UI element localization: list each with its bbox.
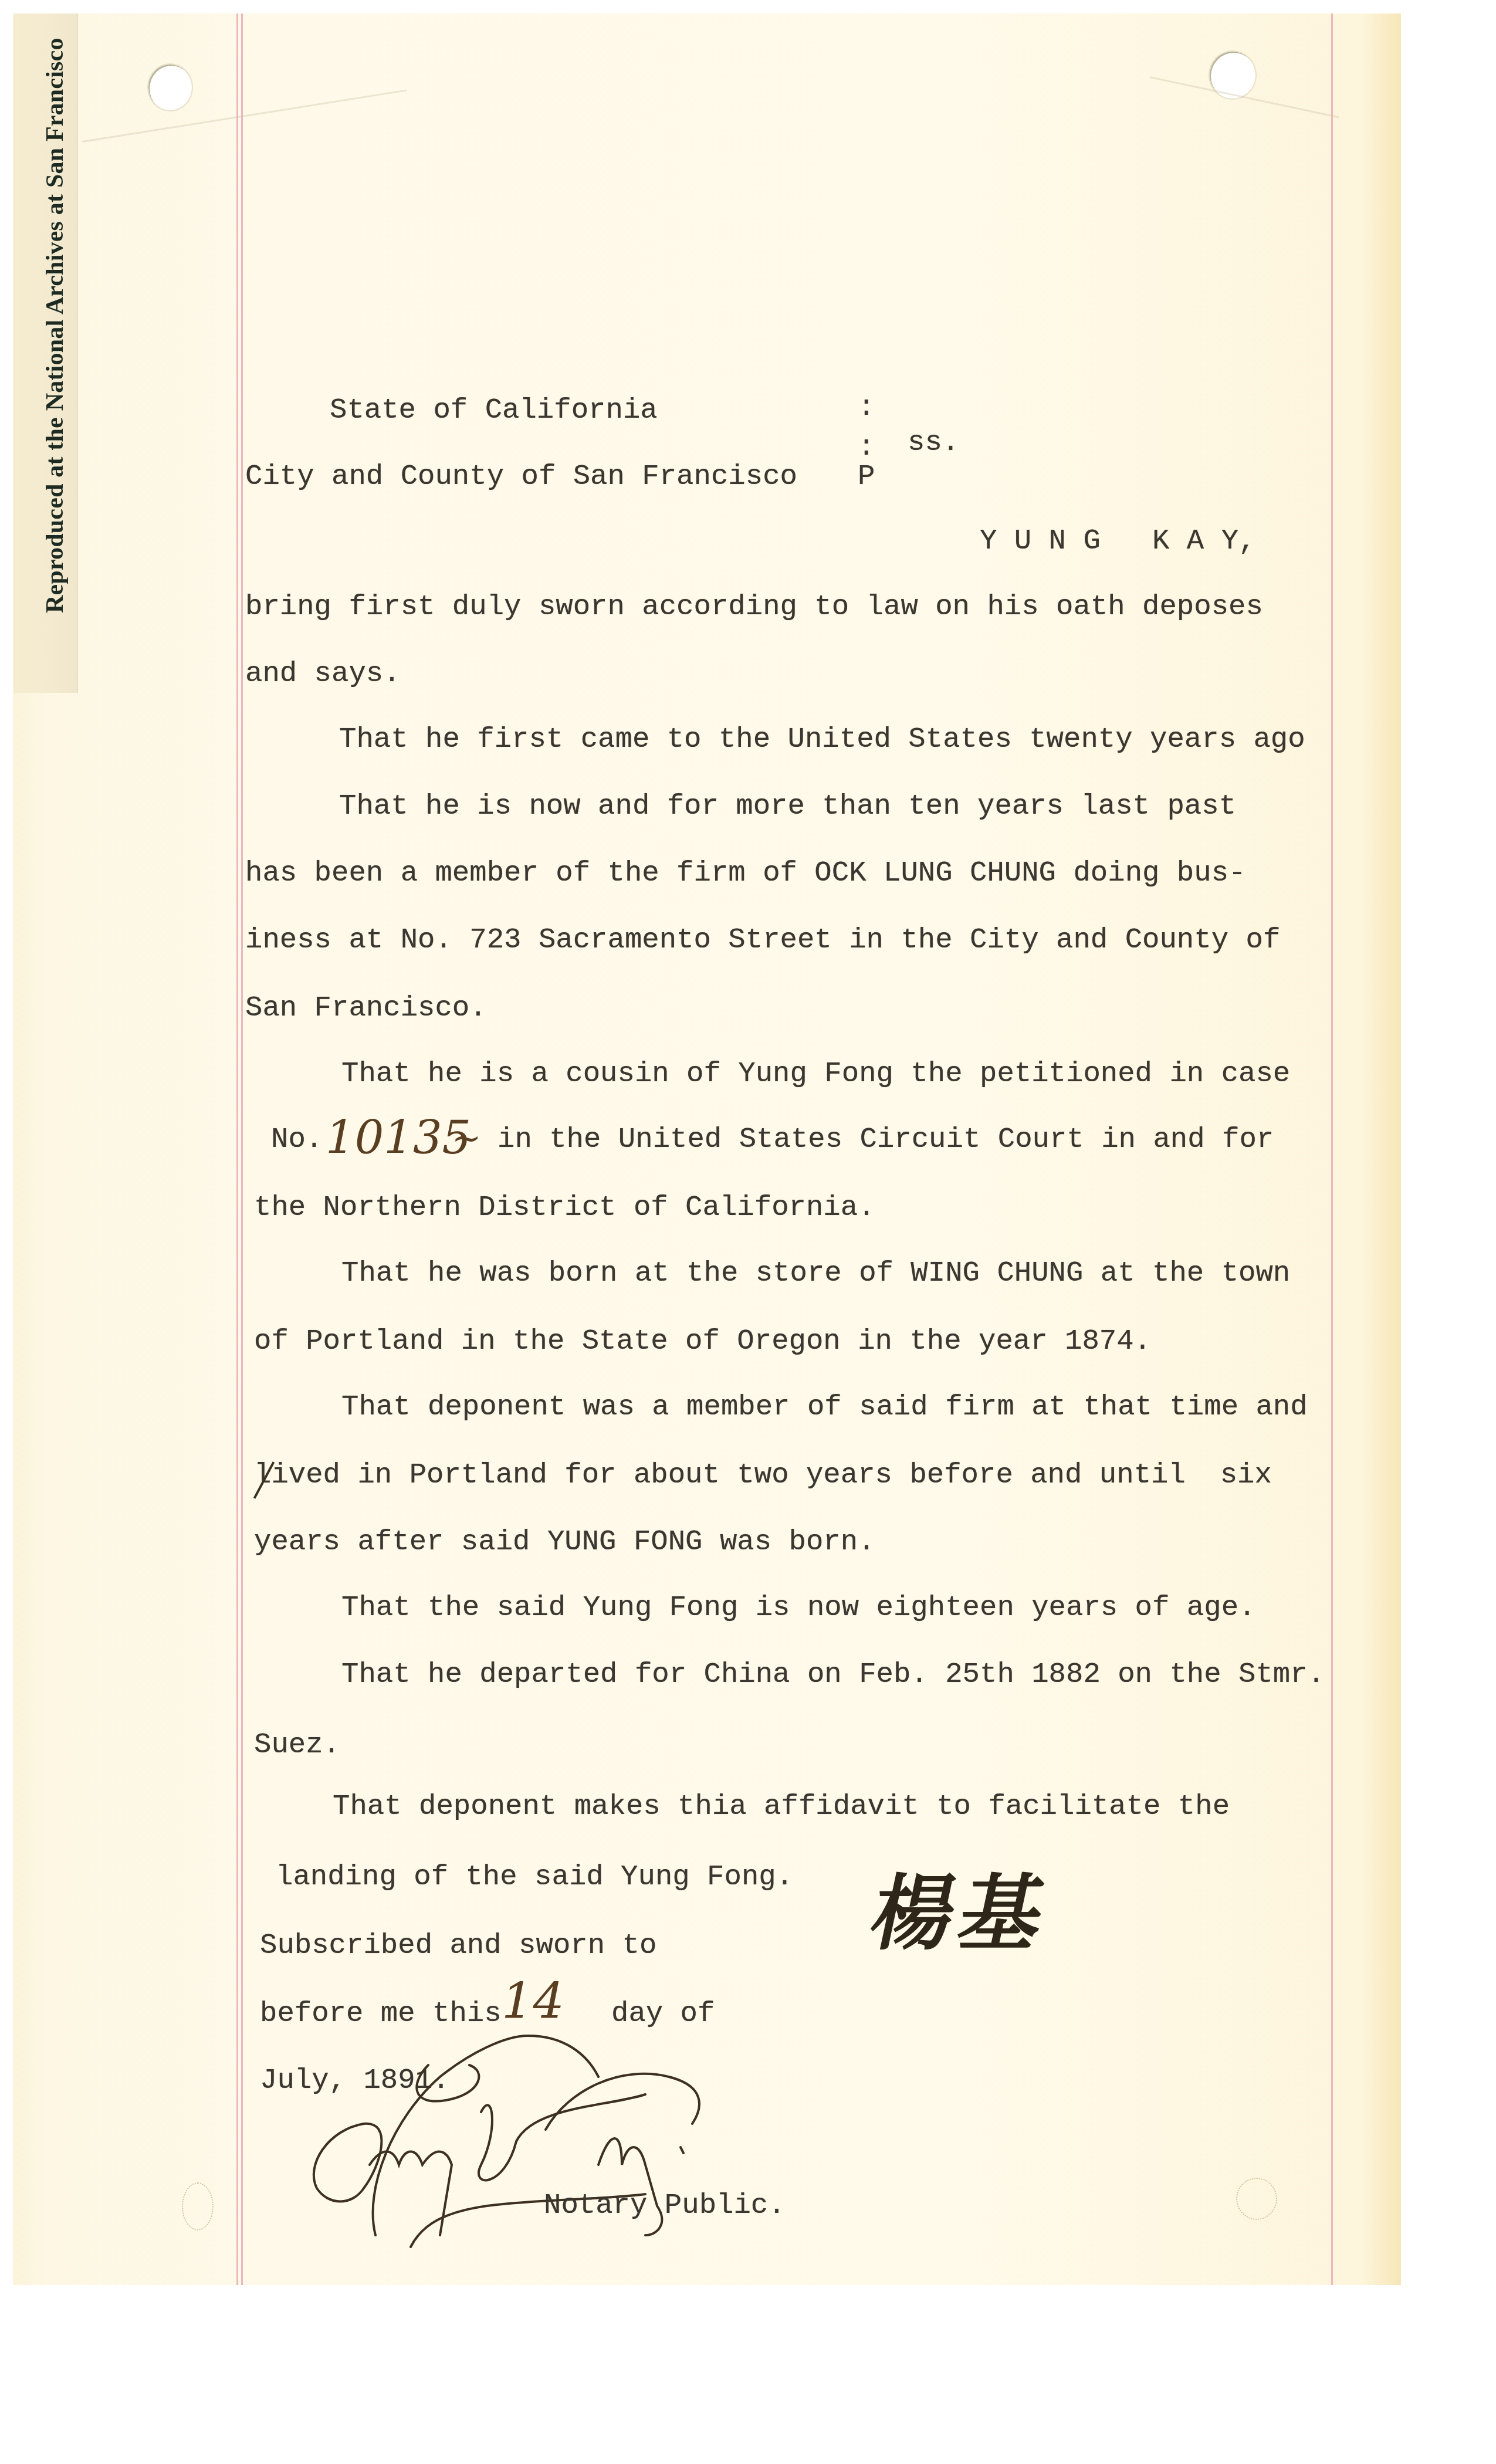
punch-hole-mark-bottom-left <box>182 2182 214 2231</box>
punch-hole-mark-bottom-right <box>1236 2178 1277 2220</box>
body-line: years after said YUNG FONG was born. <box>254 1528 875 1556</box>
notary-public-label: Notary Public. <box>544 2191 786 2220</box>
venue-county: City and County of San Francisco <box>245 462 797 491</box>
venue-p-mark: P <box>858 462 875 491</box>
venue-colon: : <box>858 433 875 462</box>
body-line: landing of the said Yung Fong. <box>276 1863 793 1891</box>
punch-hole-top-left <box>148 65 192 110</box>
jurat-line: Subscribed and sworn to <box>260 1931 656 1960</box>
body-line: That he departed for China on Feb. 25th … <box>341 1660 1325 1689</box>
notary-signature <box>293 2012 810 2259</box>
venue-state: State of California <box>330 396 658 425</box>
body-line: That he is now and for more than ten yea… <box>339 792 1236 821</box>
venue-ss: ss. <box>908 428 959 457</box>
case-number-handwritten: 10135 <box>326 1112 471 1165</box>
venue-colon: : <box>858 393 875 422</box>
body-line: bring first duly sworn according to law … <box>245 593 1263 621</box>
archive-label-text: Reproduced at the National Archives at S… <box>41 38 69 613</box>
body-line: of Portland in the State of Oregon in th… <box>254 1327 1151 1356</box>
body-line: That deponent was a member of said firm … <box>341 1393 1308 1421</box>
case-number-dash: ~ <box>452 1118 481 1159</box>
body-line: the Northern District of California. <box>254 1193 875 1222</box>
left-margin-line-inner <box>241 13 243 2285</box>
chinese-signature: 楊基 <box>862 1848 1063 1966</box>
body-line: That he first came to the United States … <box>339 725 1305 754</box>
case-prefix: No. <box>271 1125 323 1154</box>
body-line: iness at No. 723 Sacramento Street in th… <box>245 926 1280 955</box>
body-line: That he is a cousin of Yung Fong the pet… <box>341 1060 1290 1088</box>
body-line: San Francisco. <box>245 994 487 1023</box>
body-line: That he was born at the store of WING CH… <box>341 1259 1290 1288</box>
body-line: in the United States Circuit Court in an… <box>497 1125 1274 1154</box>
body-line: and says. <box>245 659 401 688</box>
body-line: That the said Yung Fong is now eighteen … <box>341 1593 1255 1622</box>
body-line: lived in Portland for about two years be… <box>254 1461 1272 1490</box>
body-line: has been a member of the firm of OCK LUN… <box>245 859 1245 888</box>
body-line: That deponent makes thia affidavit to fa… <box>333 1792 1230 1821</box>
left-margin-line <box>236 13 238 2285</box>
affiant-name: Y U N G K A Y, <box>980 527 1255 556</box>
body-line: Suez. <box>254 1731 340 1759</box>
right-margin-line <box>1331 13 1333 2285</box>
